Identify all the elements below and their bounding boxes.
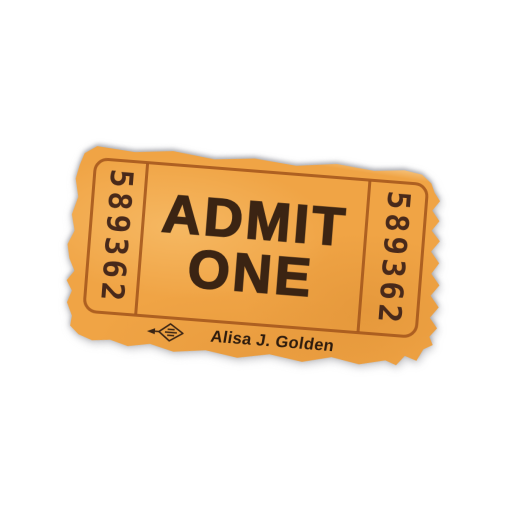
right-serial-panel: 589362 <box>360 182 427 336</box>
ticket-title: ADMIT ONE <box>134 164 371 331</box>
photo-background: 589362 ADMIT ONE 589362 <box>0 0 512 512</box>
ticket-paper: 589362 ADMIT ONE 589362 <box>60 142 455 373</box>
serial-number-left: 589362 <box>92 168 139 306</box>
union-bug-icon <box>144 319 186 346</box>
serial-number-right: 589362 <box>370 189 417 327</box>
issuer-name: Alisa J. Golden <box>209 327 335 356</box>
admit-one-ticket: 589362 ADMIT ONE 589362 <box>60 142 455 373</box>
one-text: ONE <box>186 244 316 303</box>
ticket-printed-frame: 589362 ADMIT ONE 589362 <box>82 157 429 339</box>
